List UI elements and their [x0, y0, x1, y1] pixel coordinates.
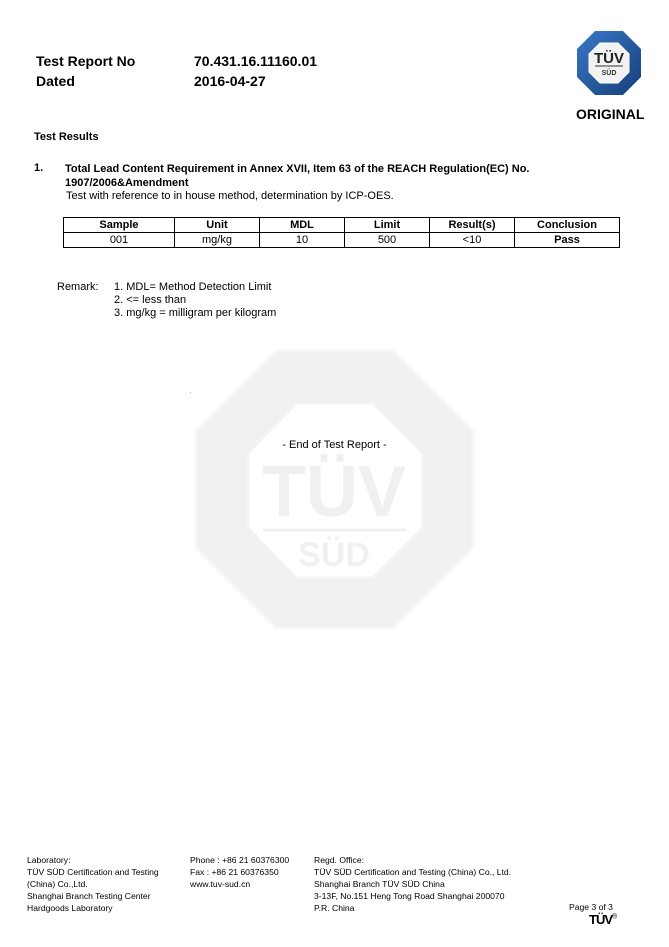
- report-no-label: Test Report No: [36, 53, 135, 69]
- section-title: Test Results: [34, 131, 99, 143]
- svg-text:SÜD: SÜD: [298, 536, 370, 574]
- remark-line: 2. <= less than: [114, 294, 186, 306]
- cell-result: <10: [430, 233, 515, 248]
- footer-office-line: Shanghai Branch TÜV SÜD China: [314, 878, 511, 890]
- cell-mdl: 10: [260, 233, 345, 248]
- footer-website-link[interactable]: www.tuv-sud.cn: [190, 878, 289, 890]
- footer-lab-line: Shanghai Branch Testing Center: [27, 890, 159, 902]
- item-method: Test with reference to in house method, …: [66, 190, 394, 202]
- cell-conclusion: Pass: [515, 233, 620, 248]
- footer-contact: Phone : +86 21 60376300 Fax : +86 21 603…: [190, 854, 289, 890]
- svg-text:TÜV: TÜV: [594, 50, 624, 67]
- footer-lab-line: (China) Co.,Ltd.: [27, 878, 159, 890]
- tuv-watermark-icon: TÜV SÜD: [193, 348, 476, 631]
- original-stamp: ORIGINAL: [576, 106, 644, 122]
- cell-unit: mg/kg: [175, 233, 260, 248]
- svg-text:TÜV: TÜV: [262, 452, 406, 532]
- tuv-mark-text: TÜV: [589, 912, 612, 927]
- table-row: 001 mg/kg 10 500 <10 Pass: [64, 233, 620, 248]
- footer-phone: Phone : +86 21 60376300: [190, 854, 289, 866]
- report-no-value: 70.431.16.11160.01: [194, 53, 317, 69]
- cell-limit: 500: [345, 233, 430, 248]
- dated-value: 2016-04-27: [194, 73, 266, 89]
- footer-laboratory: Laboratory: TÜV SÜD Certification and Te…: [27, 854, 159, 914]
- remark-label: Remark:: [57, 281, 99, 293]
- dated-label: Dated: [36, 73, 75, 89]
- header-results: Result(s): [430, 218, 515, 233]
- table-header-row: Sample Unit MDL Limit Result(s) Conclusi…: [64, 218, 620, 233]
- end-of-report: - End of Test Report -: [0, 439, 669, 451]
- footer-lab-line: Hardgoods Laboratory: [27, 902, 159, 914]
- item-number: 1.: [34, 162, 43, 174]
- header-conclusion: Conclusion: [515, 218, 620, 233]
- tuv-sud-logo-icon: TÜV SÜD: [576, 30, 642, 96]
- footer-lab-line: Laboratory:: [27, 854, 159, 866]
- header-unit: Unit: [175, 218, 260, 233]
- svg-text:SÜD: SÜD: [602, 68, 617, 77]
- header-limit: Limit: [345, 218, 430, 233]
- stray-dot: [190, 392, 191, 393]
- registered-icon: ®: [612, 914, 617, 921]
- footer-office-line: 3-13F, No.151 Heng Tong Road Shanghai 20…: [314, 890, 511, 902]
- results-table: Sample Unit MDL Limit Result(s) Conclusi…: [63, 217, 620, 248]
- cell-sample: 001: [64, 233, 175, 248]
- page-number: Page 3 of 3: [569, 902, 613, 912]
- tuv-trademark-icon: TÜV®: [589, 912, 617, 927]
- footer-office-line: TÜV SÜD Certification and Testing (China…: [314, 866, 511, 878]
- footer-office: Regd. Office: TÜV SÜD Certification and …: [314, 854, 511, 914]
- footer-office-line: Regd. Office:: [314, 854, 511, 866]
- item-title: Total Lead Content Requirement in Annex …: [65, 162, 585, 190]
- footer-lab-line: TÜV SÜD Certification and Testing: [27, 866, 159, 878]
- remark-line: 3. mg/kg = milligram per kilogram: [114, 307, 276, 319]
- header-sample: Sample: [64, 218, 175, 233]
- header-mdl: MDL: [260, 218, 345, 233]
- remark-line: 1. MDL= Method Detection Limit: [114, 281, 271, 293]
- footer-office-line: P.R. China: [314, 902, 511, 914]
- footer-fax: Fax : +86 21 60376350: [190, 866, 289, 878]
